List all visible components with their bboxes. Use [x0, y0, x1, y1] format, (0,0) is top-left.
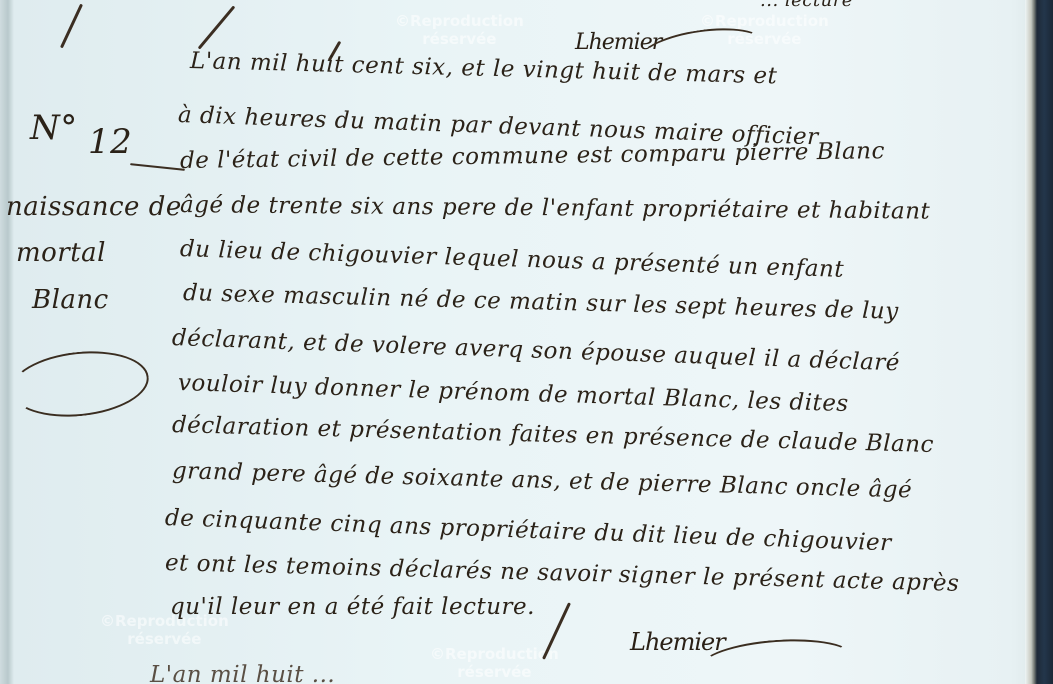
margin-title-line: naissance de	[6, 192, 182, 222]
book-binding	[1031, 0, 1053, 684]
body-line: de cinquante cinq ans propriétaire du di…	[165, 505, 893, 556]
ink-stroke	[198, 5, 236, 49]
watermark-line: ©Reproduction	[430, 645, 559, 663]
body-line: et ont les temoins déclarés ne savoir si…	[165, 550, 960, 597]
watermark: ©Reproduction réservée	[700, 12, 829, 48]
margin-title-line: Blanc	[32, 285, 109, 315]
watermark-line: réservée	[395, 30, 524, 48]
top-fragment-text: ... lecture	[760, 0, 853, 11]
watermark-line: réservée	[100, 630, 229, 648]
body-line: qu'il leur en a été fait lecture.	[170, 594, 535, 620]
watermark-line: réservée	[700, 30, 829, 48]
scanned-register-page: ... lecture Lhemier ©Reproduction réserv…	[0, 0, 1053, 684]
body-line: âgé de trente six ans pere de l'enfant p…	[180, 192, 930, 225]
body-line: déclaration et présentation faites en pr…	[172, 412, 935, 458]
body-line: du lieu de chigouvier lequel nous a prés…	[180, 236, 845, 283]
body-line: grand pere âgé de soixante ans, et de pi…	[172, 458, 913, 503]
body-line: de l'état civil de cette commune est com…	[180, 138, 885, 174]
body-line: du sexe masculin né de ce matin sur les …	[183, 280, 899, 325]
next-entry-fragment: L'an mil huit ...	[150, 662, 335, 684]
entry-number-label: N°	[30, 108, 78, 148]
watermark-line: ©Reproduction	[700, 12, 829, 30]
margin-flourish	[7, 345, 152, 423]
margin-title-line: mortal	[16, 238, 106, 268]
bottom-signature: Lhemier	[630, 628, 725, 656]
underline-stroke	[130, 163, 185, 171]
entry-number: 12	[88, 122, 132, 162]
watermark-line: ©Reproduction	[395, 12, 524, 30]
body-line: vouloir luy donner le prénom de mortal B…	[178, 370, 850, 417]
watermark-line: réservée	[430, 663, 559, 681]
ink-stroke	[60, 4, 83, 49]
watermark: ©Reproduction réservée	[430, 645, 559, 681]
body-line: déclarant, et de volere averq son épouse…	[172, 325, 901, 376]
watermark: ©Reproduction réservée	[395, 12, 524, 48]
